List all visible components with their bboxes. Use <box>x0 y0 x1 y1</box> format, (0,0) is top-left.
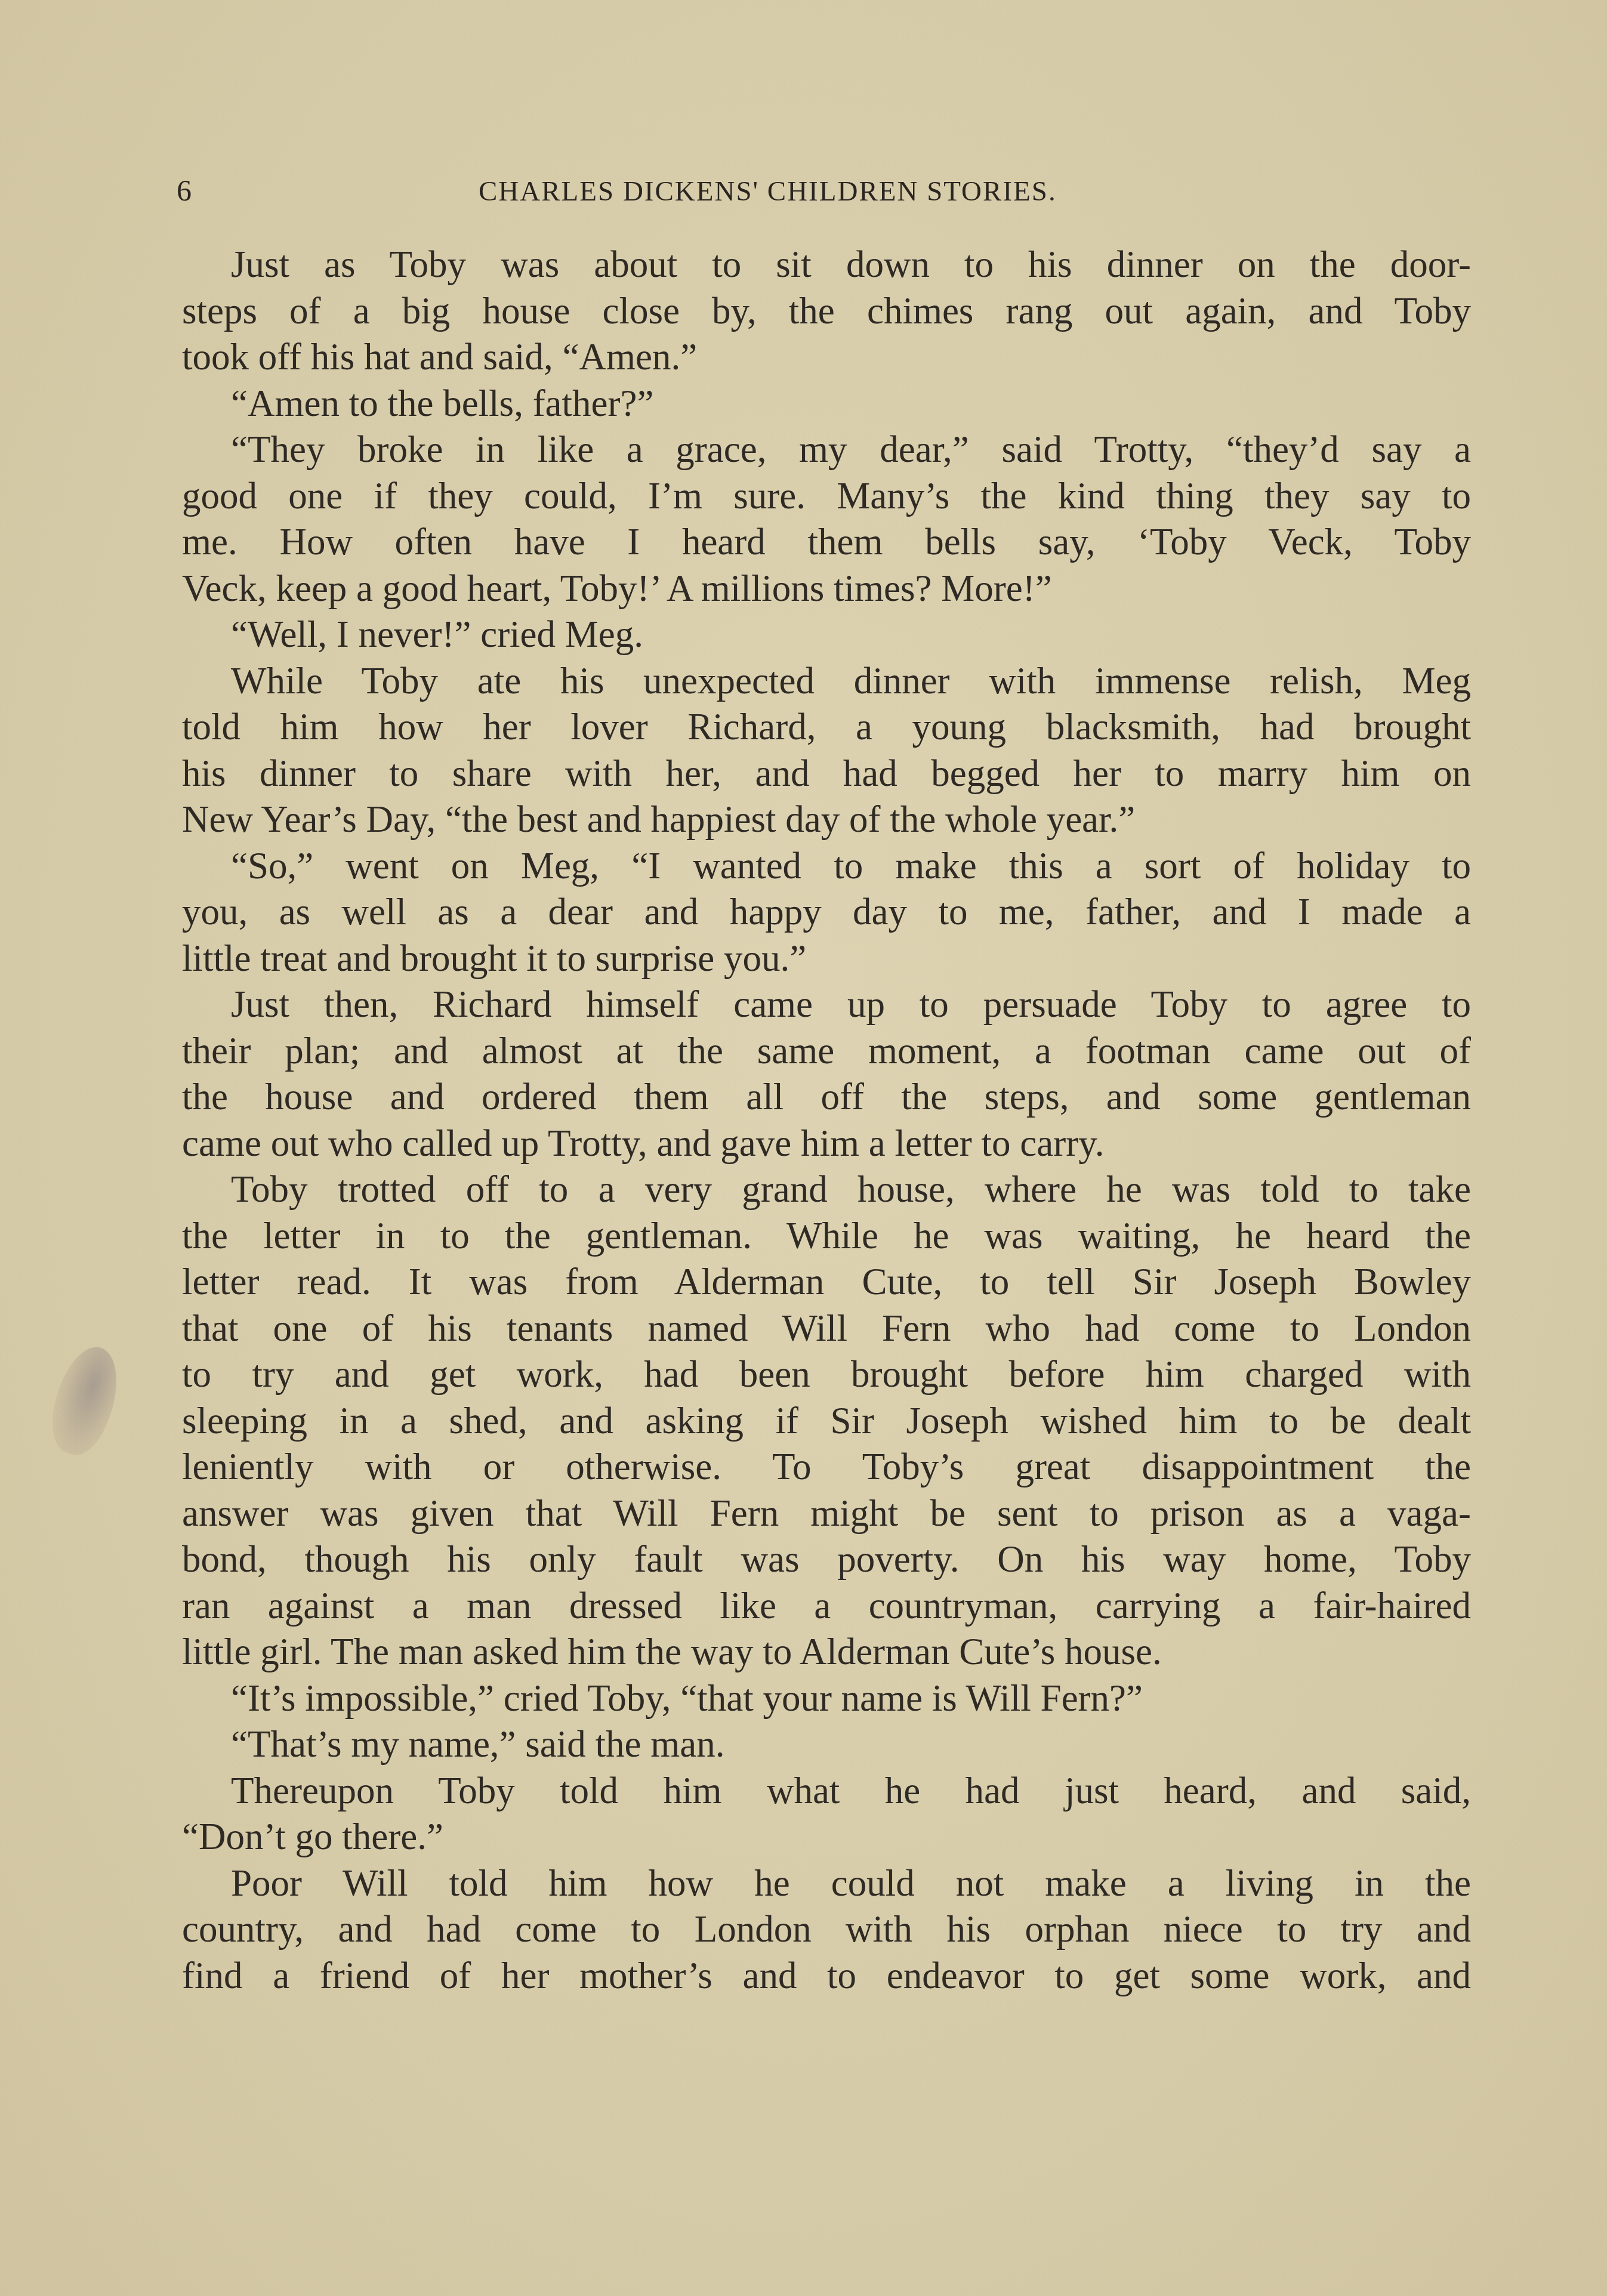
text-line: New Year’s Day, “the best and happiest d… <box>182 797 1471 843</box>
paper-stain <box>41 1340 129 1462</box>
running-title: CHARLES DICKENS' CHILDREN STORIES. <box>479 175 1057 208</box>
text-line: the letter in to the gentleman. While he… <box>182 1213 1471 1260</box>
text-line: to try and get work, had been brought be… <box>182 1351 1471 1398</box>
text-line: you, as well as a dear and happy day to … <box>182 889 1471 936</box>
text-line: While Toby ate his unexpected dinner wit… <box>182 658 1471 705</box>
text-line: “They broke in like a grace, my dear,” s… <box>182 427 1471 473</box>
text-line: “It’s impossible,” cried Toby, “that you… <box>182 1675 1471 1722</box>
paragraph: Thereupon Toby told him what he had just… <box>182 1768 1471 1860</box>
paragraph: Just then, Richard himself came up to pe… <box>182 982 1471 1166</box>
text-line: came out who called up Trotty, and gave … <box>182 1121 1471 1167</box>
text-line: “So,” went on Meg, “I wanted to make thi… <box>182 843 1471 890</box>
text-line: “Don’t go there.” <box>182 1814 1471 1860</box>
paragraph: Toby trotted off to a very grand house, … <box>182 1166 1471 1675</box>
text-line: Poor Will told him how he could not make… <box>182 1860 1471 1907</box>
text-line: “That’s my name,” said the man. <box>182 1721 1471 1768</box>
page-number: 6 <box>177 173 192 208</box>
paragraph: Poor Will told him how he could not make… <box>182 1860 1471 1999</box>
text-line: find a friend of her mother’s and to end… <box>182 1953 1471 1999</box>
text-line: leniently with or otherwise. To Toby’s g… <box>182 1444 1471 1490</box>
paragraph: “They broke in like a grace, my dear,” s… <box>182 427 1471 612</box>
text-line: “Well, I never!” cried Meg. <box>182 612 1471 658</box>
text-line: Veck, keep a good heart, Toby!’ A millio… <box>182 566 1471 612</box>
text-line: Toby trotted off to a very grand house, … <box>182 1166 1471 1213</box>
text-line: steps of a big house close by, the chime… <box>182 288 1471 335</box>
text-line: good one if they could, I’m sure. Many’s… <box>182 473 1471 520</box>
paragraph: “That’s my name,” said the man. <box>182 1721 1471 1768</box>
text-line: his dinner to share with her, and had be… <box>182 751 1471 797</box>
text-line: that one of his tenants named Will Fern … <box>182 1306 1471 1352</box>
paragraph: “Well, I never!” cried Meg. <box>182 612 1471 658</box>
text-line: Thereupon Toby told him what he had just… <box>182 1768 1471 1814</box>
text-line: me. How often have I heard them bells sa… <box>182 519 1471 566</box>
paragraph: While Toby ate his unexpected dinner wit… <box>182 658 1471 843</box>
text-line: the house and ordered them all off the s… <box>182 1074 1471 1121</box>
text-line: letter read. It was from Alderman Cute, … <box>182 1259 1471 1306</box>
text-line: told him how her lover Richard, a young … <box>182 704 1471 751</box>
text-line: Just as Toby was about to sit down to hi… <box>182 242 1471 288</box>
text-line: ran against a man dressed like a country… <box>182 1583 1471 1630</box>
book-page: 6 CHARLES DICKENS' CHILDREN STORIES. Jus… <box>0 0 1607 2296</box>
text-line: their plan; and almost at the same momen… <box>182 1028 1471 1075</box>
body-text: Just as Toby was about to sit down to hi… <box>182 242 1471 1999</box>
text-line: Just then, Richard himself came up to pe… <box>182 982 1471 1028</box>
text-line: country, and had come to London with his… <box>182 1906 1471 1953</box>
text-line: little treat and brought it to surprise … <box>182 936 1471 982</box>
paragraph: Just as Toby was about to sit down to hi… <box>182 242 1471 381</box>
text-line: took off his hat and said, “Amen.” <box>182 334 1471 381</box>
paragraph: “So,” went on Meg, “I wanted to make thi… <box>182 843 1471 982</box>
text-line: little girl. The man asked him the way t… <box>182 1629 1471 1675</box>
text-line: sleeping in a shed, and asking if Sir Jo… <box>182 1398 1471 1445</box>
paragraph: “Amen to the bells, father?” <box>182 381 1471 427</box>
paragraph: “It’s impossible,” cried Toby, “that you… <box>182 1675 1471 1722</box>
running-head: 6 CHARLES DICKENS' CHILDREN STORIES. <box>177 173 1227 215</box>
text-line: answer was given that Will Fern might be… <box>182 1490 1471 1537</box>
text-line: bond, though his only fault was poverty.… <box>182 1536 1471 1583</box>
text-line: “Amen to the bells, father?” <box>182 381 1471 427</box>
